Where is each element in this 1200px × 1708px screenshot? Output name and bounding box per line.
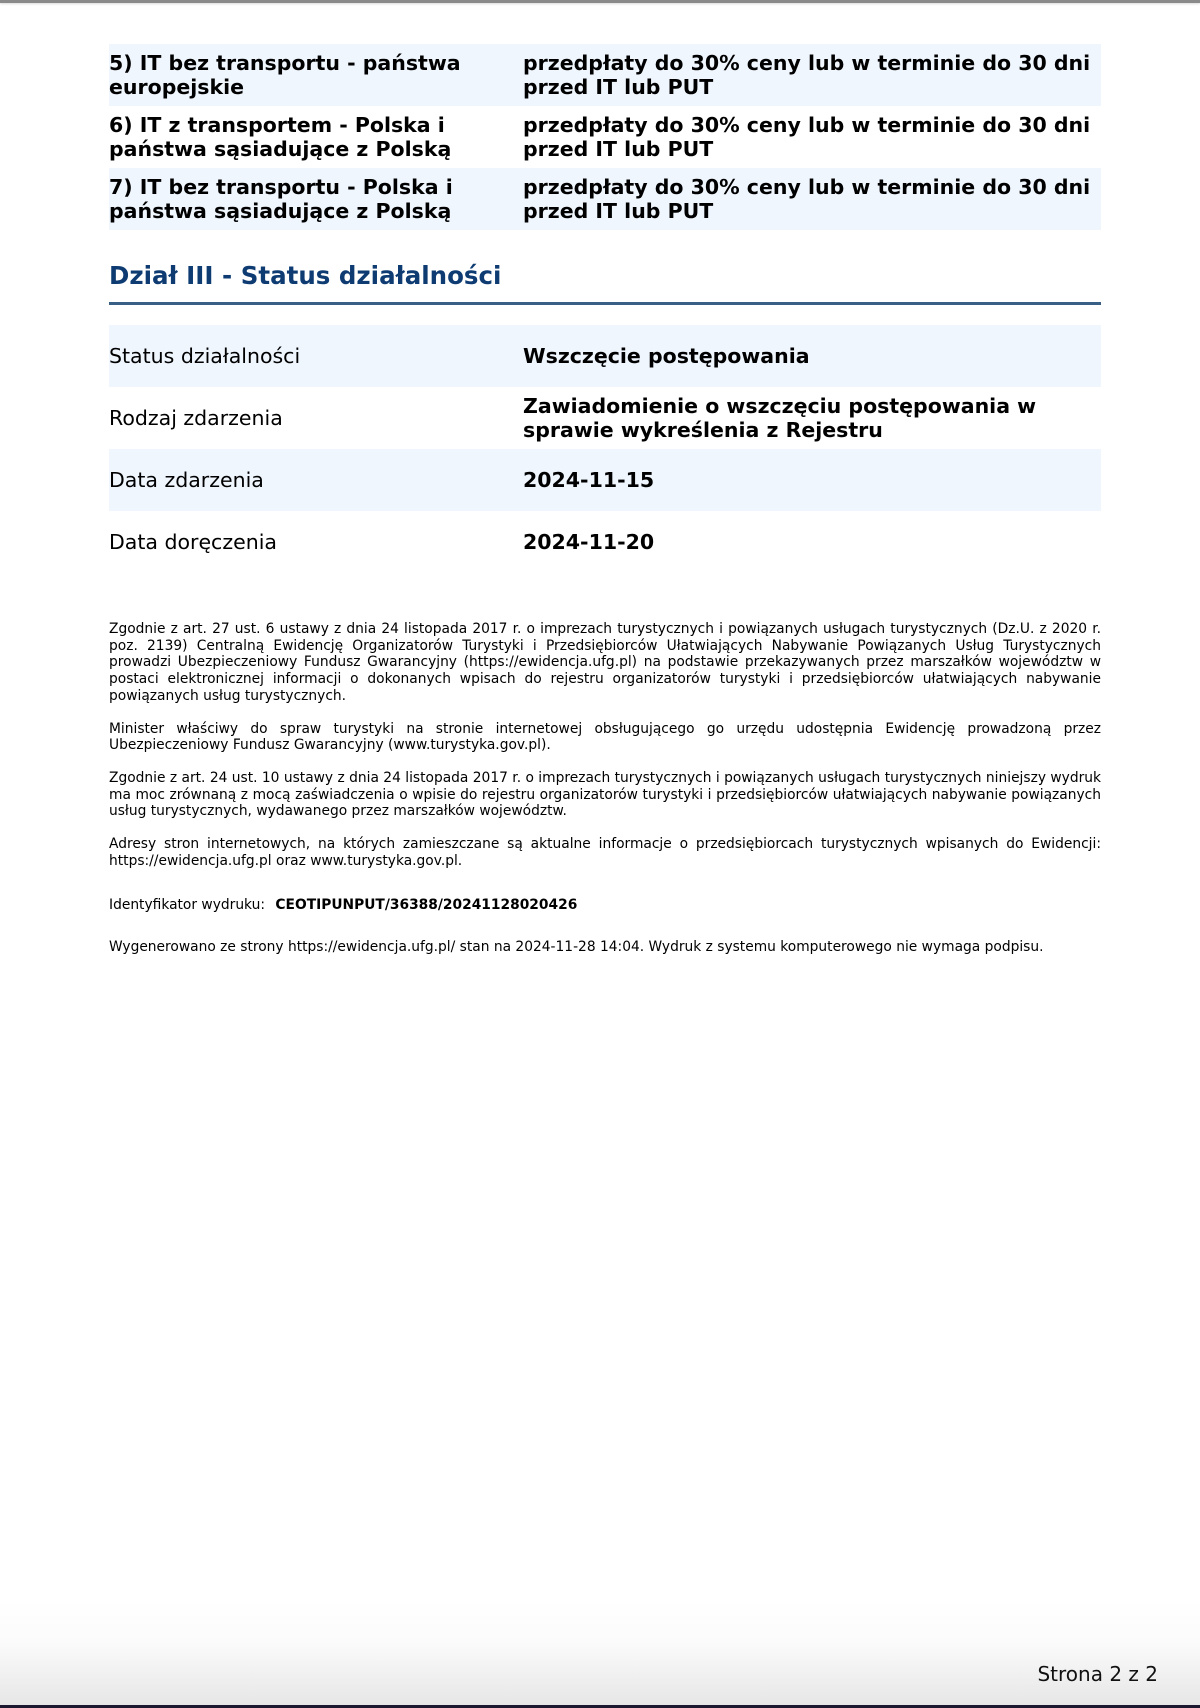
row-label: 7) IT bez transportu - Polska i państwa … (109, 168, 523, 230)
row-value: 2024-11-15 (523, 461, 1101, 499)
document-page: 5) IT bez transportu - państwa europejsk… (0, 0, 1200, 1708)
page-top-border (0, 0, 1200, 3)
status-table: Status działalności Wszczęcie postępowan… (109, 325, 1101, 573)
table-row: Status działalności Wszczęcie postępowan… (109, 325, 1101, 387)
row-label: Data doręczenia (109, 523, 523, 561)
printout-identifier: Identyfikator wydruku: CEOTIPUNPUT/36388… (109, 897, 1101, 914)
table-row: Rodzaj zdarzenia Zawiadomienie o wszczęc… (109, 387, 1101, 449)
identifier-value: CEOTIPUNPUT/36388/20241128020426 (275, 897, 577, 913)
row-value: przedpłaty do 30% ceny lub w terminie do… (523, 44, 1101, 106)
legal-paragraph: Zgodnie z art. 24 ust. 10 ustawy z dnia … (109, 770, 1101, 820)
legal-notice: Zgodnie z art. 27 ust. 6 ustawy z dnia 2… (109, 621, 1101, 869)
row-label: 6) IT z transportem - Polska i państwa s… (109, 106, 523, 168)
identifier-label: Identyfikator wydruku: (109, 897, 265, 913)
row-label: Rodzaj zdarzenia (109, 399, 523, 437)
row-label: Status działalności (109, 337, 523, 375)
row-label: Data zdarzenia (109, 461, 523, 499)
page-number: Strona 2 z 2 (1037, 1662, 1158, 1686)
table-row: 6) IT z transportem - Polska i państwa s… (109, 106, 1101, 168)
section-title: Dział III - Status działalności (109, 261, 1101, 305)
table-row: Data zdarzenia 2024-11-15 (109, 449, 1101, 511)
row-value: Wszczęcie postępowania (523, 337, 1101, 375)
prepayment-table: 5) IT bez transportu - państwa europejsk… (109, 44, 1101, 230)
row-label: 5) IT bez transportu - państwa europejsk… (109, 44, 523, 106)
row-value: przedpłaty do 30% ceny lub w terminie do… (523, 168, 1101, 230)
legal-paragraph: Minister właściwy do spraw turystyki na … (109, 721, 1101, 754)
page-content: 5) IT bez transportu - państwa europejsk… (109, 44, 1101, 956)
page-footer (0, 1600, 1200, 1706)
legal-paragraph: Adresy stron internetowych, na których z… (109, 836, 1101, 869)
table-row: Data doręczenia 2024-11-20 (109, 511, 1101, 573)
row-value: 2024-11-20 (523, 523, 1101, 561)
row-value: przedpłaty do 30% ceny lub w terminie do… (523, 106, 1101, 168)
table-row: 7) IT bez transportu - Polska i państwa … (109, 168, 1101, 230)
table-row: 5) IT bez transportu - państwa europejsk… (109, 44, 1101, 106)
legal-paragraph: Zgodnie z art. 27 ust. 6 ustawy z dnia 2… (109, 621, 1101, 705)
row-value: Zawiadomienie o wszczęciu postępowania w… (523, 387, 1101, 449)
generated-note: Wygenerowano ze strony https://ewidencja… (109, 939, 1101, 956)
